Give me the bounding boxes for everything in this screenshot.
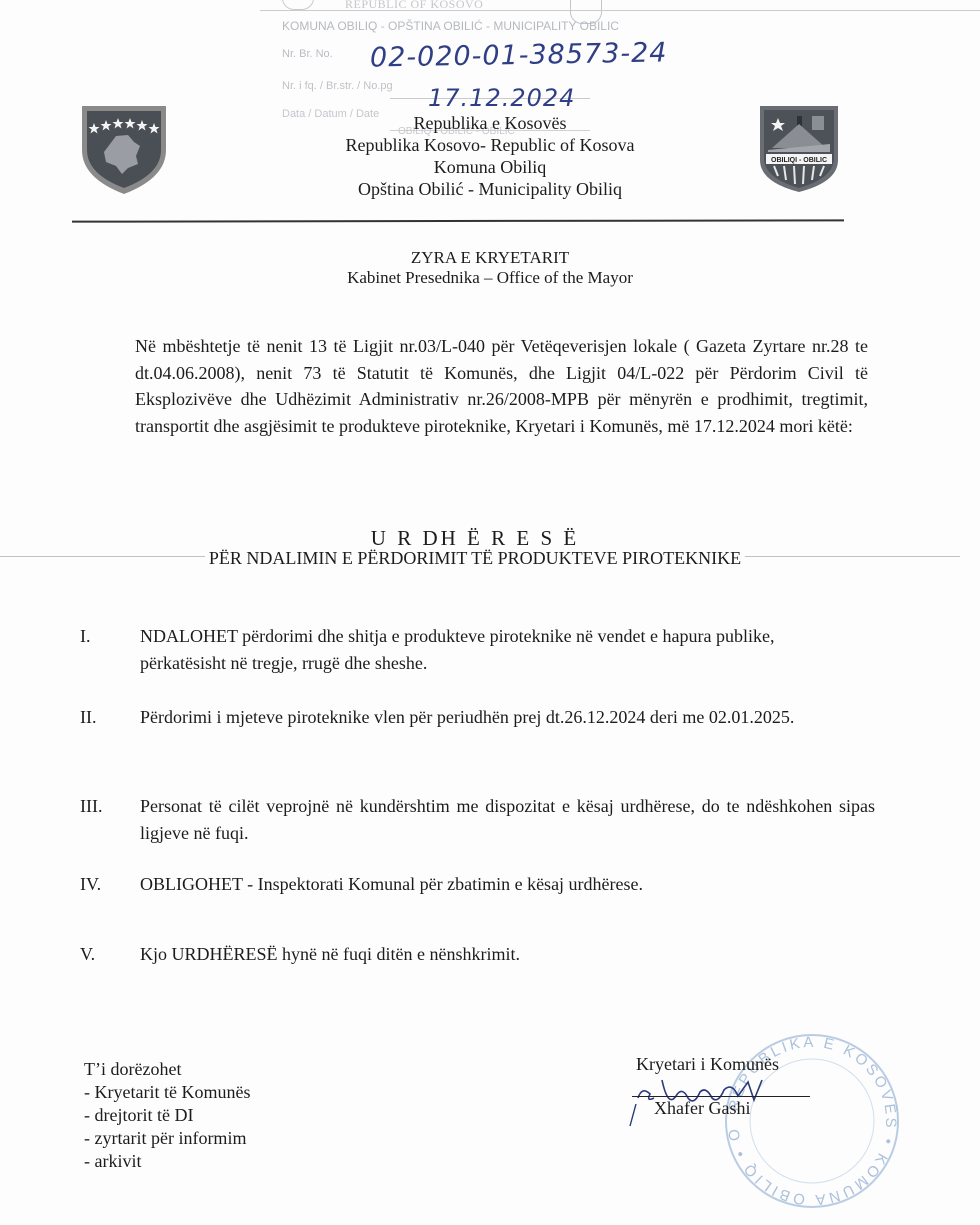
distribution-recipient: - zyrtarit për informim <box>84 1127 250 1150</box>
header-municipality-sq: Komuna Obiliq <box>230 156 750 178</box>
registration-number: 02-020-01-38573-24 <box>370 37 668 73</box>
distribution-recipient: - drejtorit të DI <box>84 1104 250 1127</box>
document-title-text: U R DH Ë R E S Ë <box>365 526 585 550</box>
header-municipality-multi: Opština Obilić - Municipality Obiliq <box>230 178 750 200</box>
order-item-number: V. <box>80 941 130 968</box>
signature-line <box>632 1096 810 1097</box>
office-title: ZYRA E KRYETARIT <box>200 248 780 268</box>
stamp-divider <box>260 10 980 11</box>
distribution-recipient: - Kryetarit të Komunës <box>84 1081 250 1104</box>
signatory-name: Xhafer Gashi <box>654 1098 750 1119</box>
stamp-crest-icon <box>282 0 314 10</box>
stamp-nr-label: Nr. Br. No. <box>282 48 333 60</box>
distribution-heading: T’i dorëzohet <box>84 1058 250 1081</box>
office-subtitle: Kabinet Presednika – Office of the Mayor <box>200 268 780 288</box>
order-item-text: Kjo URDHËRESË hynë në fuqi ditën e nënsh… <box>140 941 875 968</box>
order-item-number: II. <box>80 704 130 731</box>
stamp-pages-label: Nr. i fq. / Br.str. / No.pg <box>282 80 393 92</box>
order-item-text: Personat të cilët veprojnë në kundërshti… <box>140 793 875 847</box>
header-divider <box>72 219 844 222</box>
crest-label: OBILIQI - OBILIC <box>771 157 827 164</box>
distribution-recipient: - arkivit <box>84 1150 250 1173</box>
document-subtitle-text: PËR NDALIMIN E PËRDORIMIT TË PRODUKTEVE … <box>205 548 745 568</box>
distribution-list: T’i dorëzohet - Kryetarit të Komunës - d… <box>84 1058 250 1173</box>
stamp-municipality: KOMUNA OBILIQ - OPŠTINA OBILIĆ - MUNICIP… <box>282 19 619 33</box>
header-republic-sq: Republika e Kosovës <box>230 112 750 134</box>
order-item-text: NDALOHET përdorimi dhe shitja e produkte… <box>140 623 820 677</box>
header-republic-multi: Republika Kosovo- Republic of Kosova <box>230 134 750 156</box>
registration-date: 17.12.2024 <box>428 84 575 112</box>
obiliq-crest-icon: OBILIQI - OBILIC <box>756 102 842 194</box>
order-item-number: III. <box>80 793 130 820</box>
order-item-text: Përdorimi i mjeteve piroteknike vlen për… <box>140 704 875 731</box>
document-subtitle: PËR NDALIMIN E PËRDORIMIT TË PRODUKTEVE … <box>160 548 790 569</box>
order-item-number: IV. <box>80 871 130 898</box>
order-item-number: I. <box>80 623 130 650</box>
preamble-paragraph: Në mbështetje të nenit 13 të Ligjit nr.0… <box>135 333 868 439</box>
order-item-text: OBLIGOHET - Inspektorati Komunal për zba… <box>140 871 875 898</box>
kosovo-coat-of-arms-icon <box>76 100 172 196</box>
